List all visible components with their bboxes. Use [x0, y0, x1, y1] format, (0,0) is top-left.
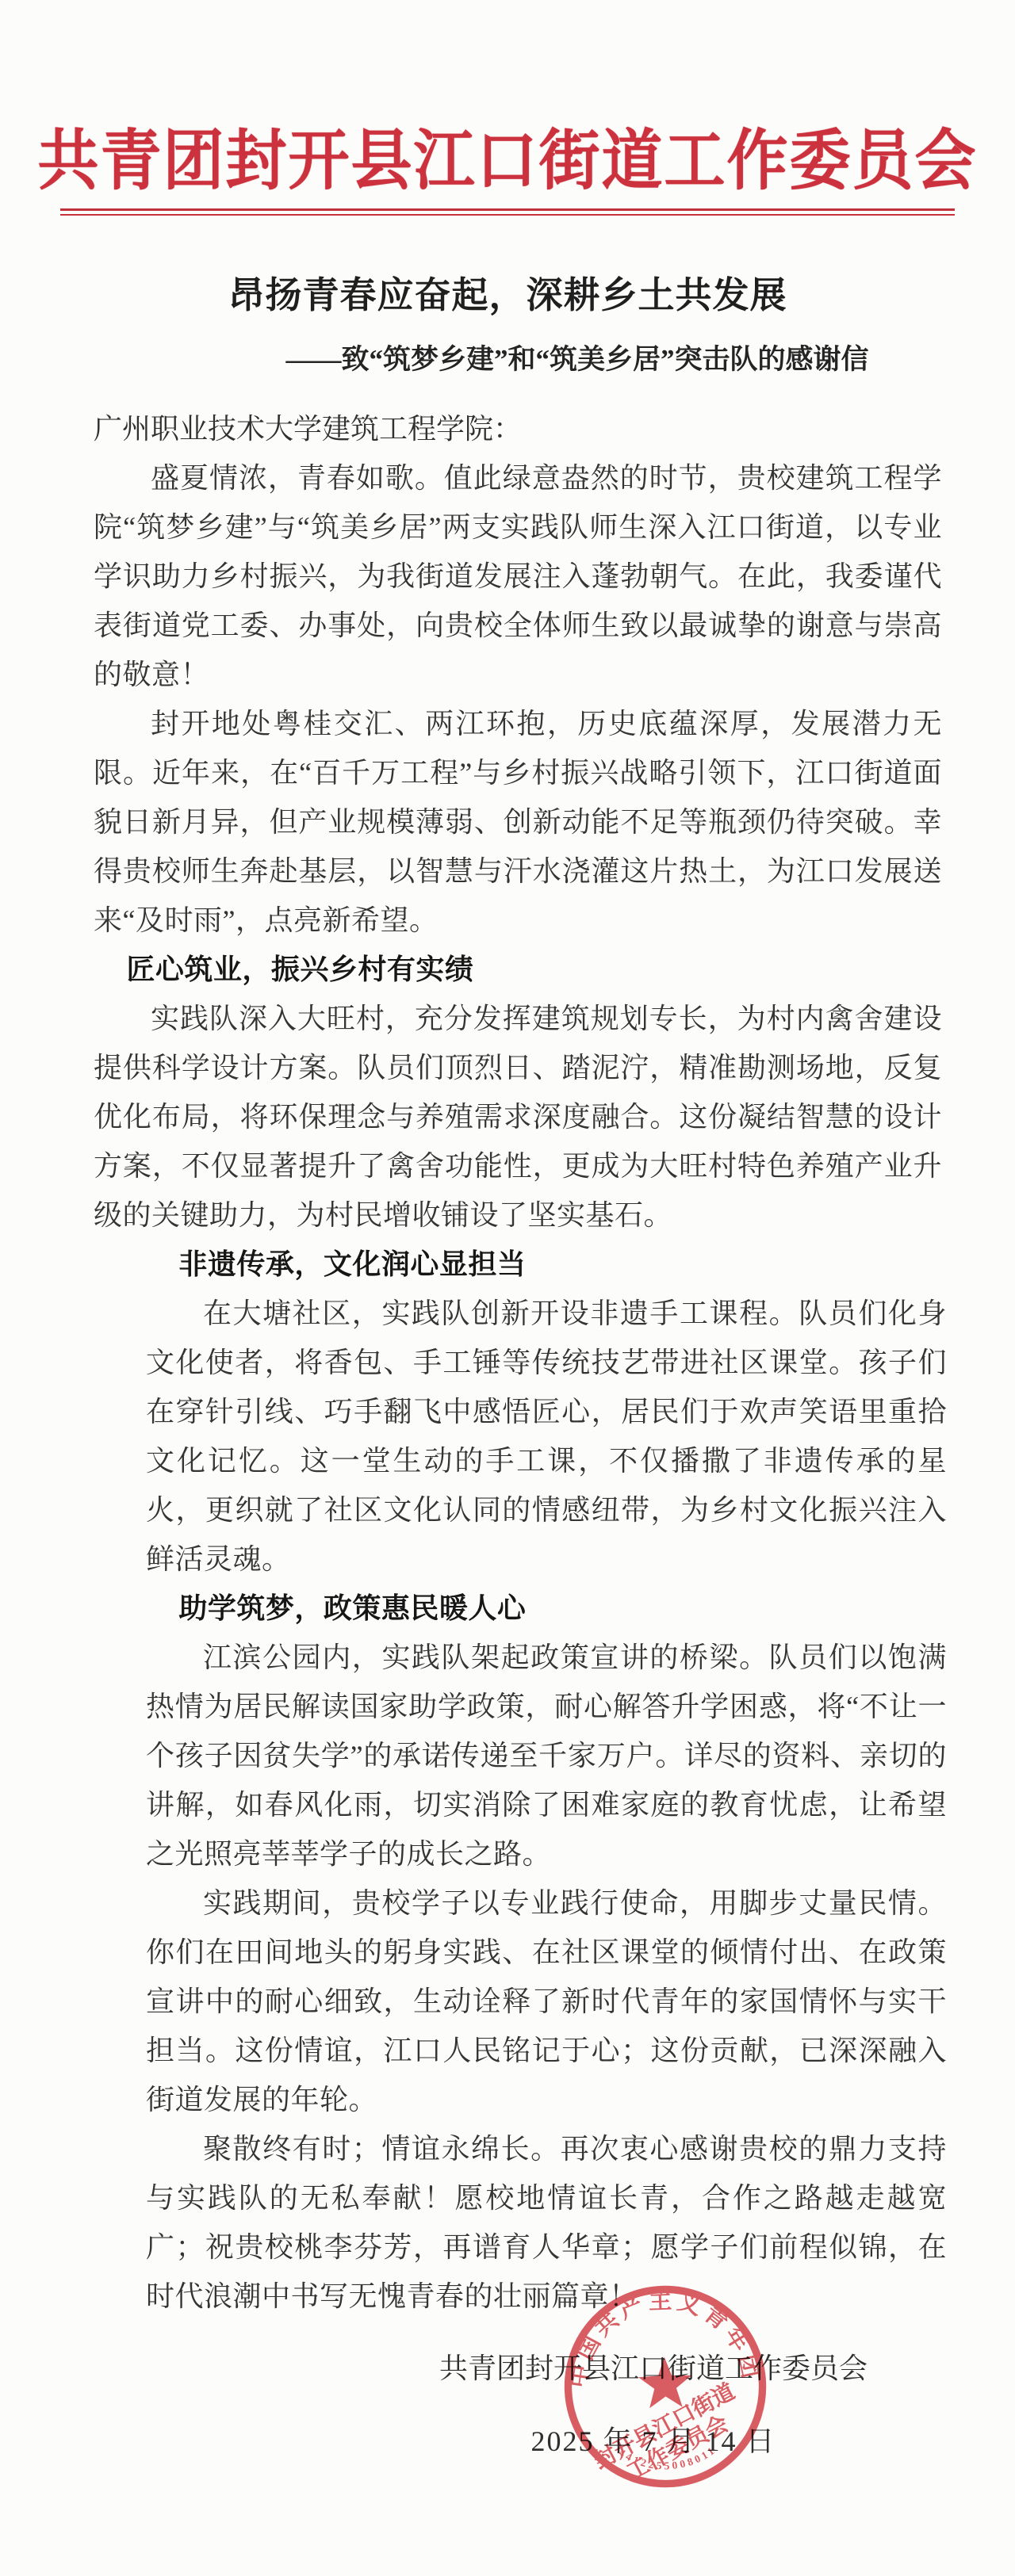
paragraph-summary: 实践期间，贵校学子以专业践行使命，用脚步丈量民情。你们在田间地头的躬身实践、在社…	[146, 1878, 947, 2124]
paragraph-background: 封开地处粤桂交汇、两江环抱，历史底蕴深厚，发展潜力无限。近年来，在“百千万工程”…	[94, 699, 942, 945]
paragraph-section-2: 在大塘社区，实践队创新开设非遗手工课程。队员们化身文化使者，将香包、手工锤等传统…	[146, 1289, 947, 1584]
letter-title: 昂扬青春应奋起，深耕乡土共发展	[0, 266, 1015, 319]
seal-star-icon	[638, 2356, 692, 2408]
section-heading-3: 助学筑梦，政策惠民暖人心	[146, 1584, 947, 1633]
official-seal: 中国共产主义青年团 封开县江口街道 工作委员会 4412255008011	[554, 2276, 776, 2497]
letterhead-double-rule	[60, 208, 955, 216]
section-heading-2: 非遗传承，文化润心显担当	[146, 1240, 947, 1289]
paragraph-section-1: 实践队深入大旺村，充分发挥建筑规划专长，为村内禽舍建设提供科学设计方案。队员们顶…	[94, 994, 942, 1240]
salutation: 广州职业技术大学建筑工程学院：	[94, 404, 944, 453]
section-heading-1: 匠心筑业，振兴乡村有实绩	[94, 945, 942, 994]
letter-subtitle: ——致“筑梦乡建”和“筑美乡居”突击队的感谢信	[70, 338, 1015, 377]
paragraph-section-3: 江滨公园内，实践队架起政策宣讲的桥梁。队员们以饱满热情为居民解读国家助学政策，耐…	[146, 1633, 947, 1878]
scanned-letter-page: 共青团封开县江口街道工作委员会 昂扬青春应奋起，深耕乡土共发展 ——致“筑梦乡建…	[0, 0, 1015, 2576]
paragraph-farewell: 聚散终有时；情谊永绵长。再次衷心感谢贵校的鼎力支持与实践队的无私奉献！愿校地情谊…	[146, 2124, 947, 2321]
paragraph-opening: 盛夏情浓，青春如歌。值此绿意盎然的时节，贵校建筑工程学院“筑梦乡建”与“筑美乡居…	[94, 453, 942, 699]
letterhead-org-title: 共青团封开县江口街道工作委员会	[0, 0, 1015, 203]
